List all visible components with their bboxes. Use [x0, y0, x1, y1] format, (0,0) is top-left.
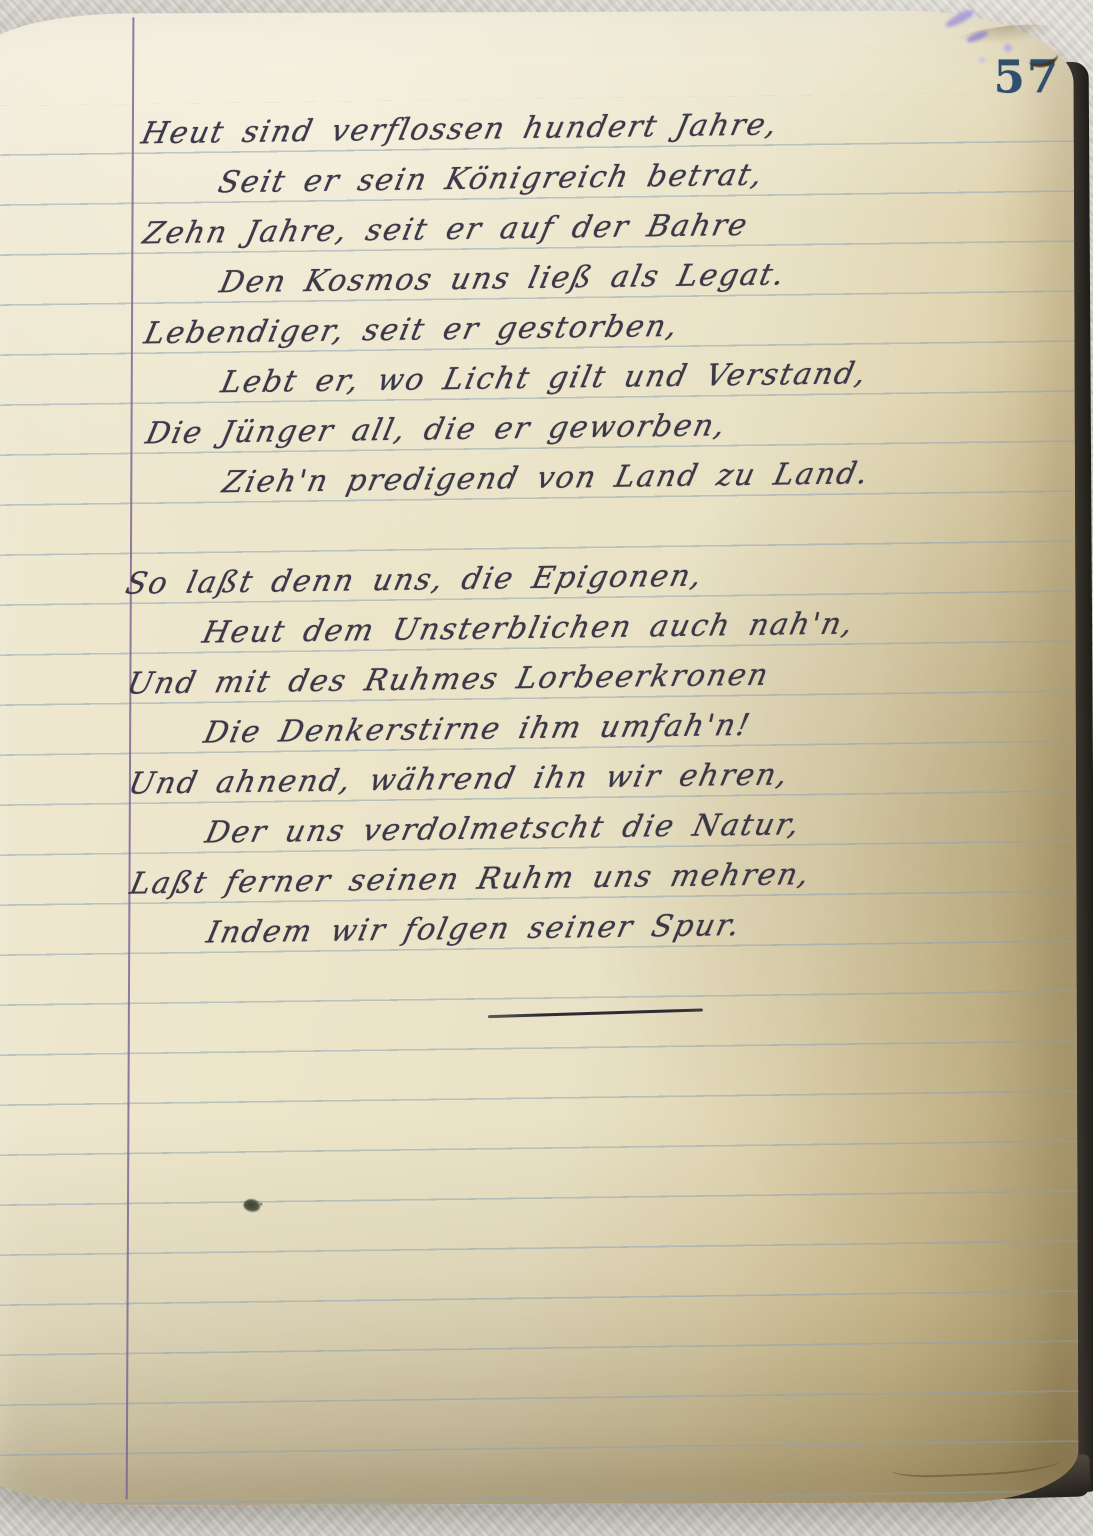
lens-glare-fleck	[1004, 44, 1012, 52]
handwritten-text: Heut dem Unsterblichen auch nah'n,	[198, 600, 859, 656]
handwritten-text: Lebt er, wo Licht gilt und Verstand,	[216, 350, 872, 406]
handwritten-text: Zieh'n predigend von Land zu Land.	[218, 450, 874, 506]
poem-text: Heut sind verflossen hundert Jahre,Seit …	[142, 98, 1074, 961]
handwritten-text: Und ahnend, während ihn wir ehren,	[124, 751, 794, 807]
handwritten-text: Den Kosmos uns ließ als Legat.	[215, 251, 790, 306]
handwritten-text: Die Jünger all, die er geworben,	[141, 402, 731, 457]
handwritten-text: Seit er sein Königreich betrat,	[214, 152, 769, 207]
handwritten-text: Indem wir folgen seiner Spur.	[202, 902, 746, 957]
lens-glare-fleck	[979, 57, 985, 63]
handwritten-text: Heut sind verflossen hundert Jahre,	[137, 101, 783, 157]
handwritten-text: Laßt ferner seinen Ruhm uns mehren,	[125, 851, 815, 908]
handwritten-text: Der uns verdolmetscht die Natur,	[201, 801, 805, 856]
handwritten-text: Lebendiger, seit er gestorben,	[140, 303, 684, 358]
notebook-page: 57 Heut sind verflossen hundert Jahre,Se…	[0, 10, 1079, 1506]
handwritten-text: Die Denkerstirne ihm umfah'n!	[199, 702, 755, 757]
poem-stanza-1: Heut sind verflossen hundert Jahre,Seit …	[142, 98, 1067, 511]
handwritten-text: Und mit des Ruhmes Lorbeerkronen	[123, 652, 774, 708]
manuscript-photo: 57 Heut sind verflossen hundert Jahre,Se…	[0, 0, 1093, 1536]
handwritten-text: So laßt denn uns, die Epigonen,	[121, 552, 707, 607]
poem-stanza-2: So laßt denn uns, die Epigonen,Heut dem …	[126, 547, 1073, 960]
handwritten-text: Zehn Jahre, seit er auf der Bahre	[138, 202, 753, 258]
